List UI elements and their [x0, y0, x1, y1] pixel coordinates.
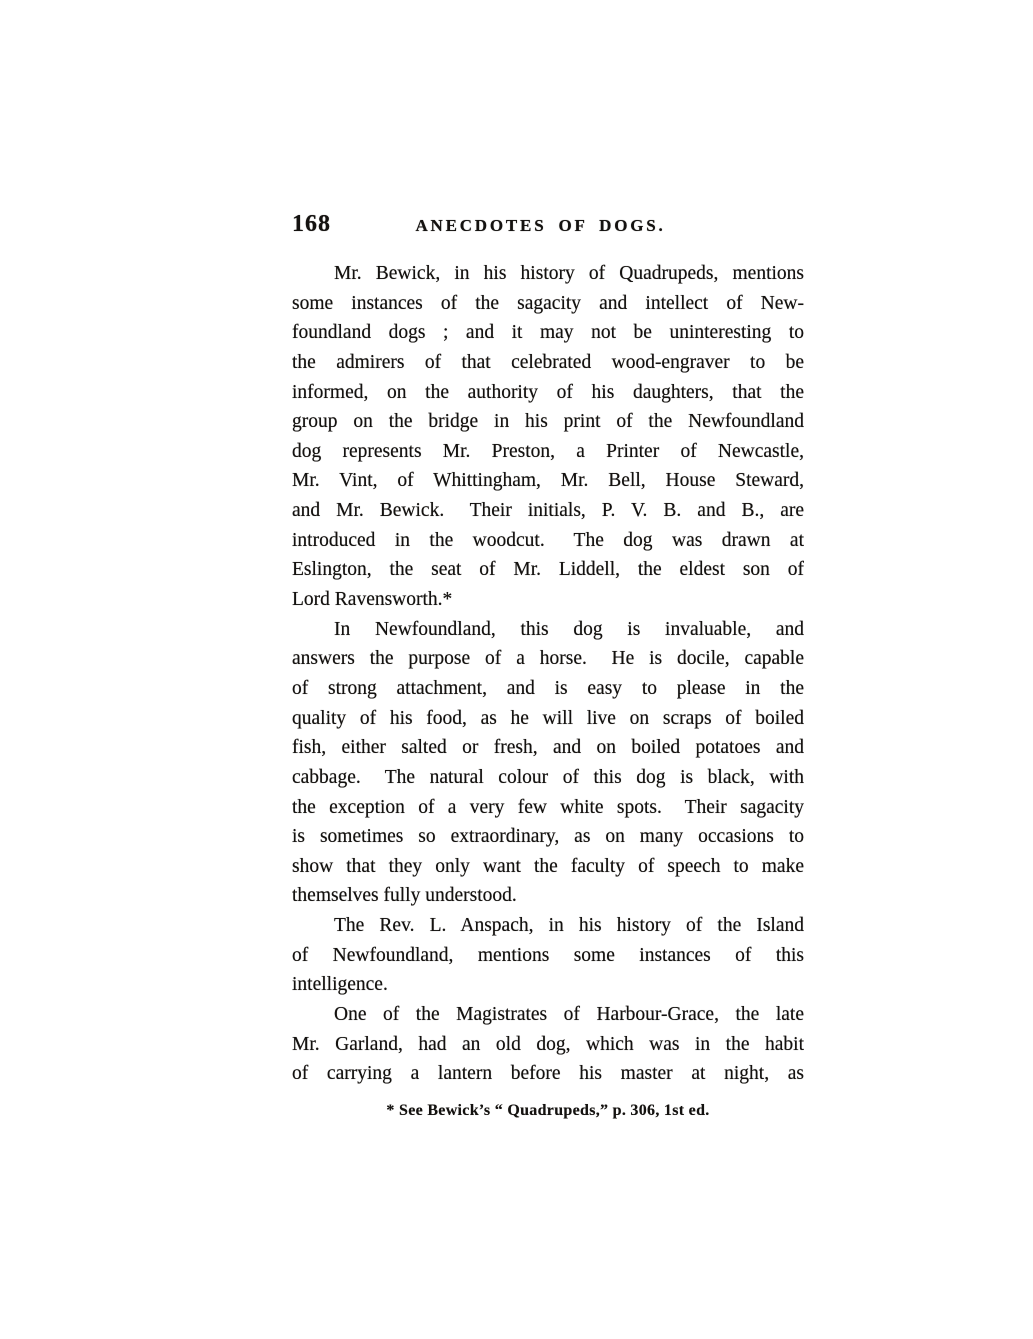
text-line: of Newfoundland, mentions some instances… — [292, 941, 804, 971]
text-line: quality of his food, as he will live on … — [292, 704, 804, 734]
text-line: intelligence. — [292, 970, 804, 1000]
text-line: some instances of the sagacity and intel… — [292, 289, 804, 319]
text-line: show that they only want the faculty of … — [292, 852, 804, 882]
text-line: answers the purpose of a horse. He is do… — [292, 644, 804, 674]
text-line: The Rev. L. Anspach, in his history of t… — [292, 911, 804, 941]
text-line: Mr. Vint, of Whittingham, Mr. Bell, Hous… — [292, 466, 804, 496]
running-title: ANECDOTES OF DOGS. — [415, 216, 665, 236]
text-line: group on the bridge in his print of the … — [292, 407, 804, 437]
text-line: Lord Ravensworth.* — [292, 585, 804, 615]
text-line: cabbage. The natural colour of this dog … — [292, 763, 804, 793]
body-text: Mr. Bewick, in his history of Quadrupeds… — [292, 259, 804, 1089]
text-line: of carrying a lantern before his master … — [292, 1059, 804, 1089]
text-line: dog represents Mr. Preston, a Printer of… — [292, 437, 804, 467]
text-line: themselves fully understood. — [292, 881, 804, 911]
text-line: fish, either salted or fresh, and on boi… — [292, 733, 804, 763]
page-header: 168 ANECDOTES OF DOGS. — [292, 211, 804, 237]
book-page: 168 ANECDOTES OF DOGS. Mr. Bewick, in hi… — [0, 0, 1033, 1339]
text-line: the exception of a very few white spots.… — [292, 793, 804, 823]
text-line: Mr. Bewick, in his history of Quadrupeds… — [292, 259, 804, 289]
page-number: 168 — [292, 211, 331, 238]
footnote: * See Bewick’s “ Quadrupeds,” p. 306, 1s… — [292, 1102, 804, 1120]
text-line: Mr. Garland, had an old dog, which was i… — [292, 1030, 804, 1060]
text-line: foundland dogs ; and it may not be unint… — [292, 318, 804, 348]
text-line: Eslington, the seat of Mr. Liddell, the … — [292, 555, 804, 585]
text-line: In Newfoundland, this dog is invaluable,… — [292, 615, 804, 645]
text-line: One of the Magistrates of Harbour-Grace,… — [292, 1000, 804, 1030]
text-line: introduced in the woodcut. The dog was d… — [292, 526, 804, 556]
text-line: of strong attachment, and is easy to ple… — [292, 674, 804, 704]
text-block: 168 ANECDOTES OF DOGS. Mr. Bewick, in hi… — [292, 0, 804, 1120]
text-line: and Mr. Bewick. Their initials, P. V. B.… — [292, 496, 804, 526]
text-line: the admirers of that celebrated wood-eng… — [292, 348, 804, 378]
text-line: is sometimes so extraordinary, as on man… — [292, 822, 804, 852]
text-line: informed, on the authority of his daught… — [292, 378, 804, 408]
